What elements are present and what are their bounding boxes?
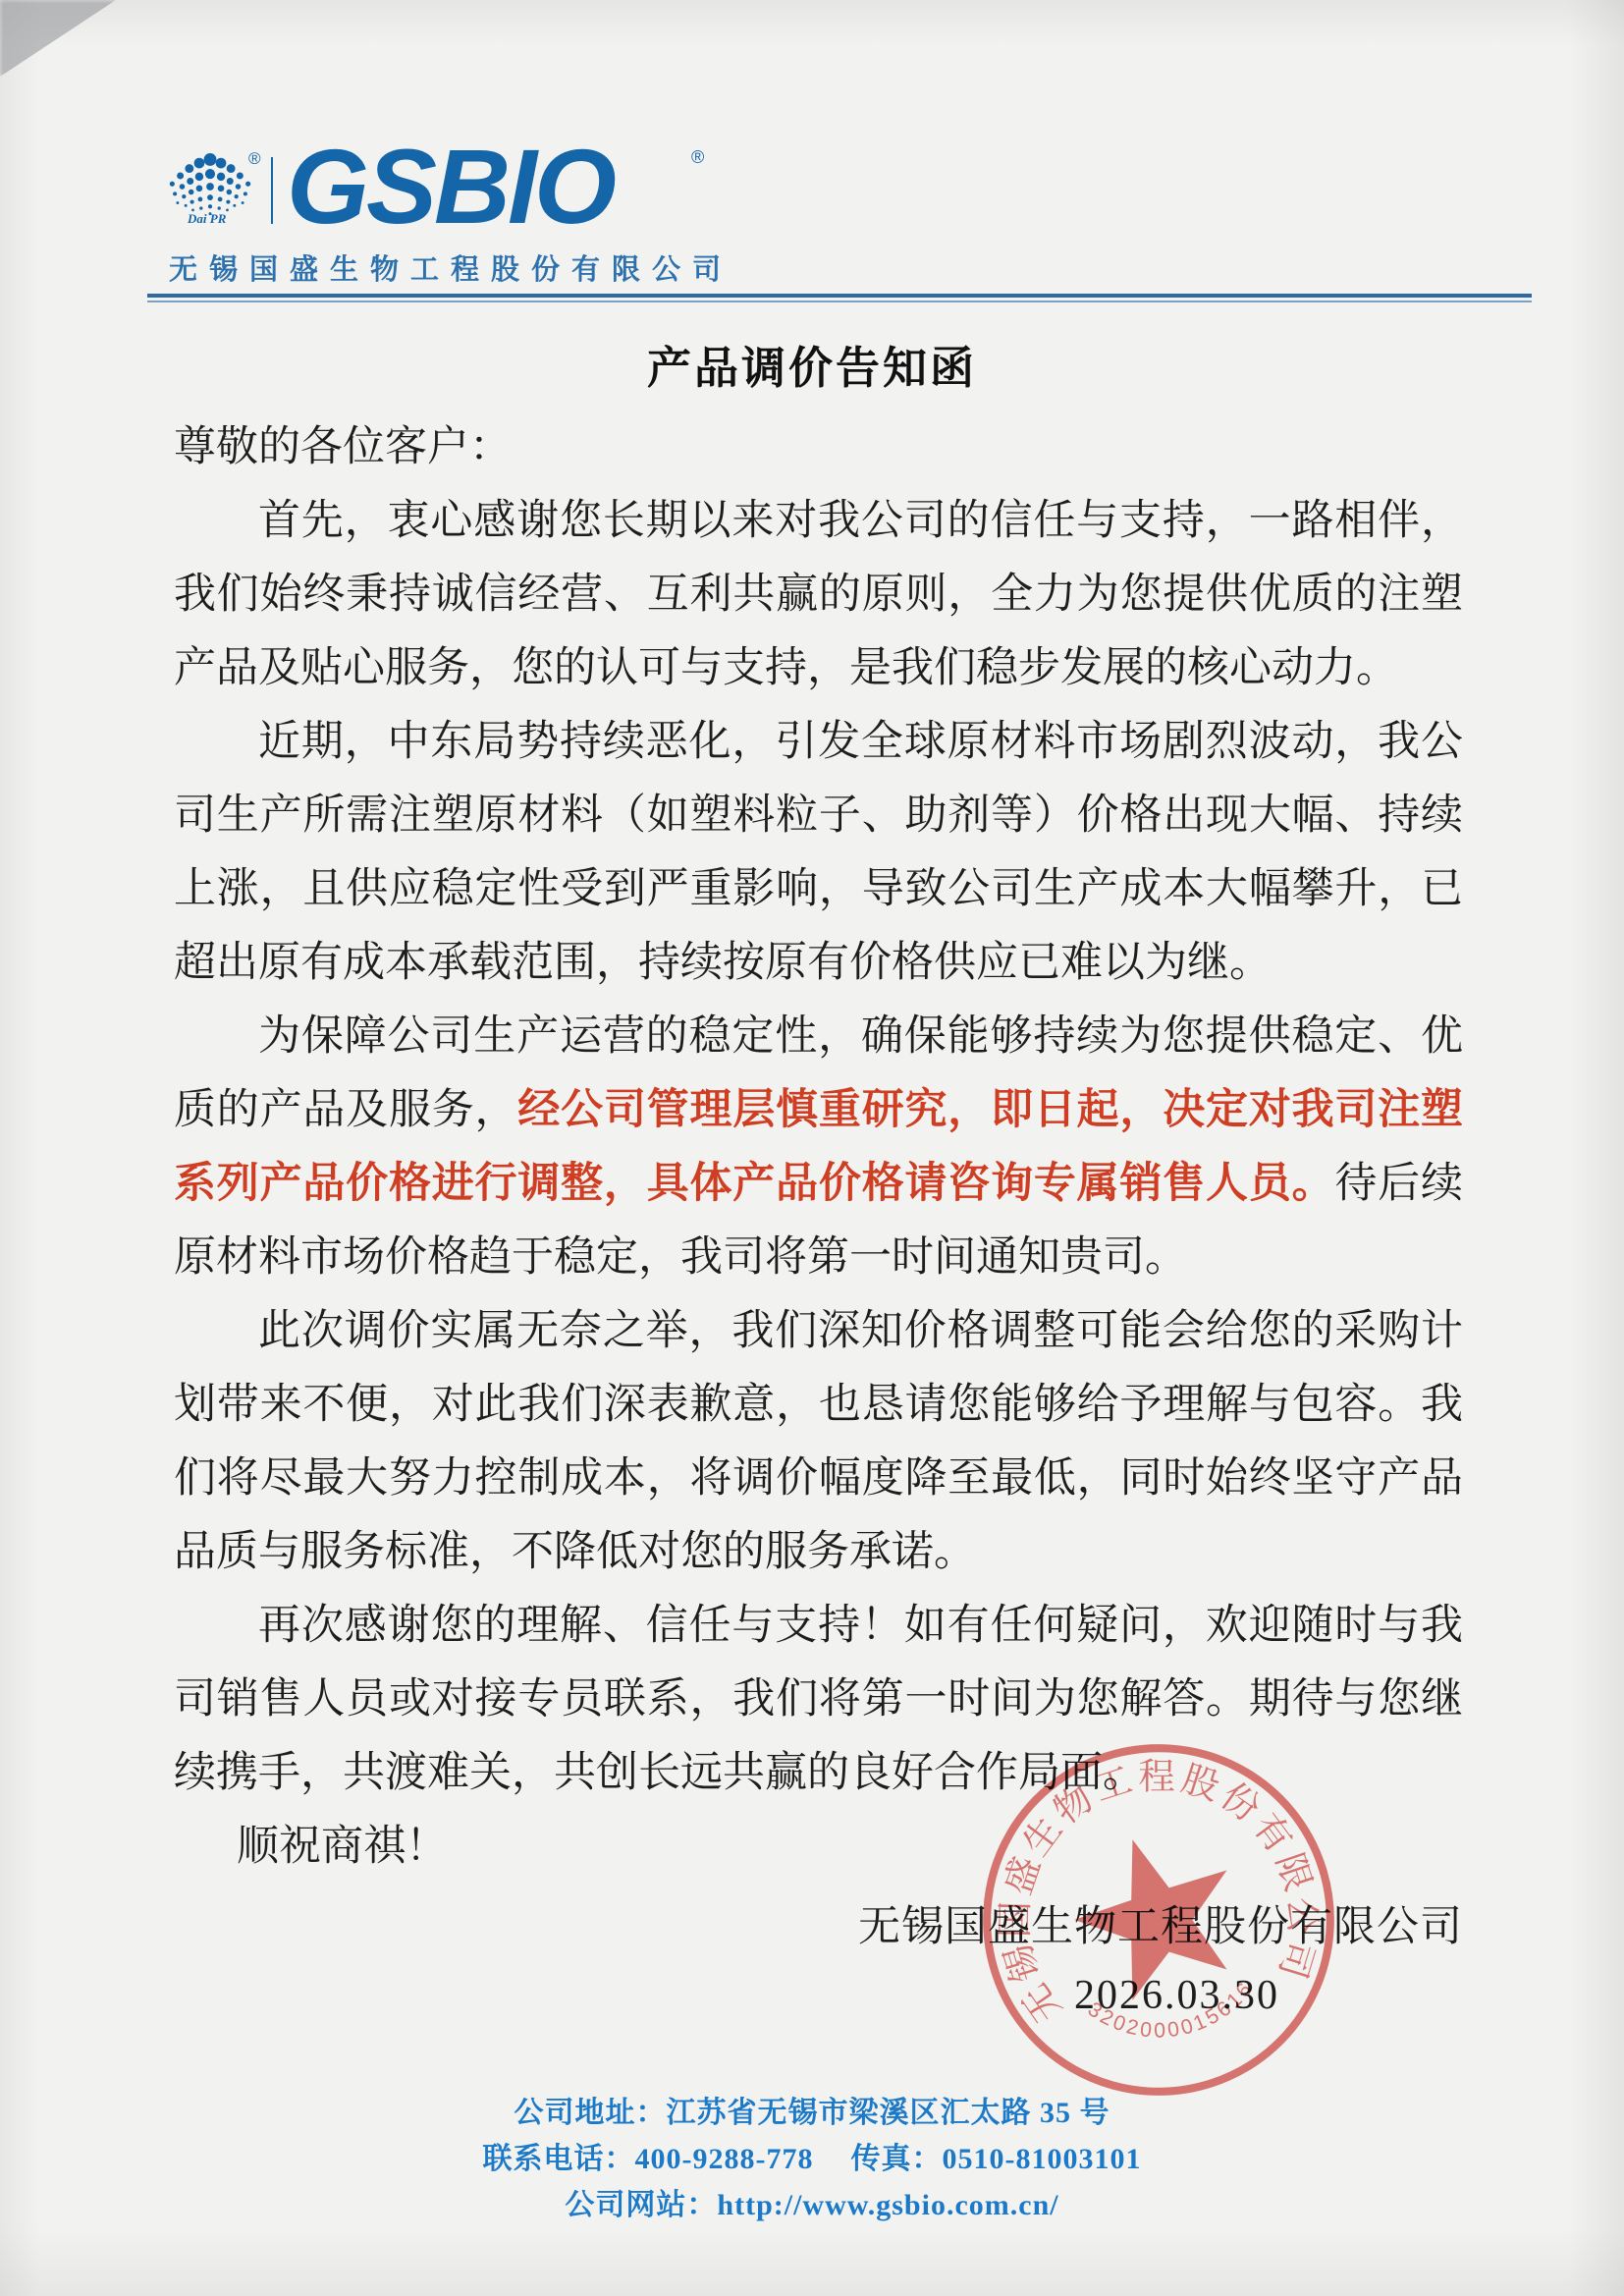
seal-serial-text: 3202000015616 — [1079, 1949, 1266, 2067]
highlight-red-text: 系列产品价格进行调整，具体产品价格请咨询专属销售人员。 — [174, 1161, 1334, 1207]
paragraph-4-line: 划带来不便，对此我们深表歉意，也恳请您能够给予理解与包容。我 — [174, 1368, 1463, 1442]
paragraph-1-line: 首先，衷心感谢您长期以来对我公司的信任与支持，一路相伴， — [174, 484, 1463, 558]
footer-contact: 联系电话：400-9288-778传真：0510-81003101 — [0, 2136, 1624, 2182]
logo-divider — [271, 157, 273, 224]
seal-star-icon — [1056, 1815, 1256, 2009]
paragraph-3-line: 为保障公司生产运营的稳定性，确保能够持续为您提供稳定、优 — [174, 1000, 1463, 1073]
paragraph-5-line: 再次感谢您的理解、信任与支持！如有任何疑问，欢迎随时与我 — [174, 1589, 1463, 1663]
footer-fax: 传真：0510-81003101 — [850, 2143, 1141, 2175]
scan-corner-artifact — [0, 0, 116, 77]
registered-trademark-icon: ® — [691, 147, 704, 168]
letter-body: 尊敬的各位客户： 首先，衷心感谢您长期以来对我公司的信任与支持，一路相伴， 我们… — [174, 410, 1463, 1884]
footer-website: 公司网站：http://www.gsbio.com.cn/ — [0, 2182, 1624, 2228]
logo-caption: Dai PR — [188, 211, 226, 227]
paragraph-3-line: 质的产品及服务，经公司管理层慎重研究，即日起，决定对我司注塑 — [174, 1073, 1463, 1147]
text-segment: 待后续 — [1334, 1161, 1463, 1207]
paragraph-1-line: 产品及贴心服务，您的认可与支持，是我们稳步发展的核心动力。 — [174, 631, 1463, 705]
letter-title: 产品调价告知函 — [0, 332, 1624, 396]
registered-trademark-icon: ® — [248, 149, 261, 169]
footer-address: 公司地址：江苏省无锡市梁溪区汇太路 35 号 — [0, 2090, 1624, 2136]
paragraph-2-line: 司生产所需注塑原材料（如塑料粒子、助剂等）价格出现大幅、持续 — [174, 779, 1463, 852]
paragraph-4-line: 此次调价实属无奈之举，我们深知价格调整可能会给您的采购计 — [174, 1294, 1463, 1368]
scanned-letter-page: ® Dai PR GSBIO ® 无锡国盛生物工程股份有限公司 产品调价告知函 … — [0, 0, 1624, 2296]
letterhead-rule — [147, 294, 1532, 302]
paragraph-4-line: 们将尽最大努力控制成本，将调价幅度降至最低，同时始终坚守产品 — [174, 1442, 1463, 1515]
paragraph-4-line: 品质与服务标准，不降低对您的服务承诺。 — [174, 1515, 1463, 1589]
paragraph-2-line: 超出原有成本承载范围，持续按原有价格供应已难以为继。 — [174, 926, 1463, 1000]
paragraph-3-line: 系列产品价格进行调整，具体产品价格请咨询专属销售人员。待后续 — [174, 1147, 1463, 1221]
highlight-red-text: 经公司管理层慎重研究，即日起，决定对我司注塑 — [517, 1087, 1463, 1133]
letterhead-company-name: 无锡国盛生物工程股份有限公司 — [169, 247, 732, 288]
paragraph-2-line: 近期，中东局势持续恶化，引发全球原材料市场剧烈波动，我公 — [174, 705, 1463, 779]
letter-footer: 公司地址：江苏省无锡市梁溪区汇太路 35 号 联系电话：400-9288-778… — [0, 2090, 1624, 2228]
paragraph-1-line: 我们始终秉持诚信经营、互利共赢的原则，全力为您提供优质的注塑 — [174, 558, 1463, 631]
paragraph-3-line: 原材料市场价格趋于稳定，我司将第一时间通知贵司。 — [174, 1221, 1463, 1294]
gsbio-wordmark: GSBIO — [287, 134, 614, 240]
text-segment: 质的产品及服务， — [174, 1087, 517, 1133]
footer-phone: 联系电话：400-9288-778 — [483, 2143, 814, 2175]
salutation: 尊敬的各位客户： — [174, 410, 1463, 484]
paragraph-2-line: 上涨，且供应稳定性受到严重影响，导致公司生产成本大幅攀升，已 — [174, 852, 1463, 926]
